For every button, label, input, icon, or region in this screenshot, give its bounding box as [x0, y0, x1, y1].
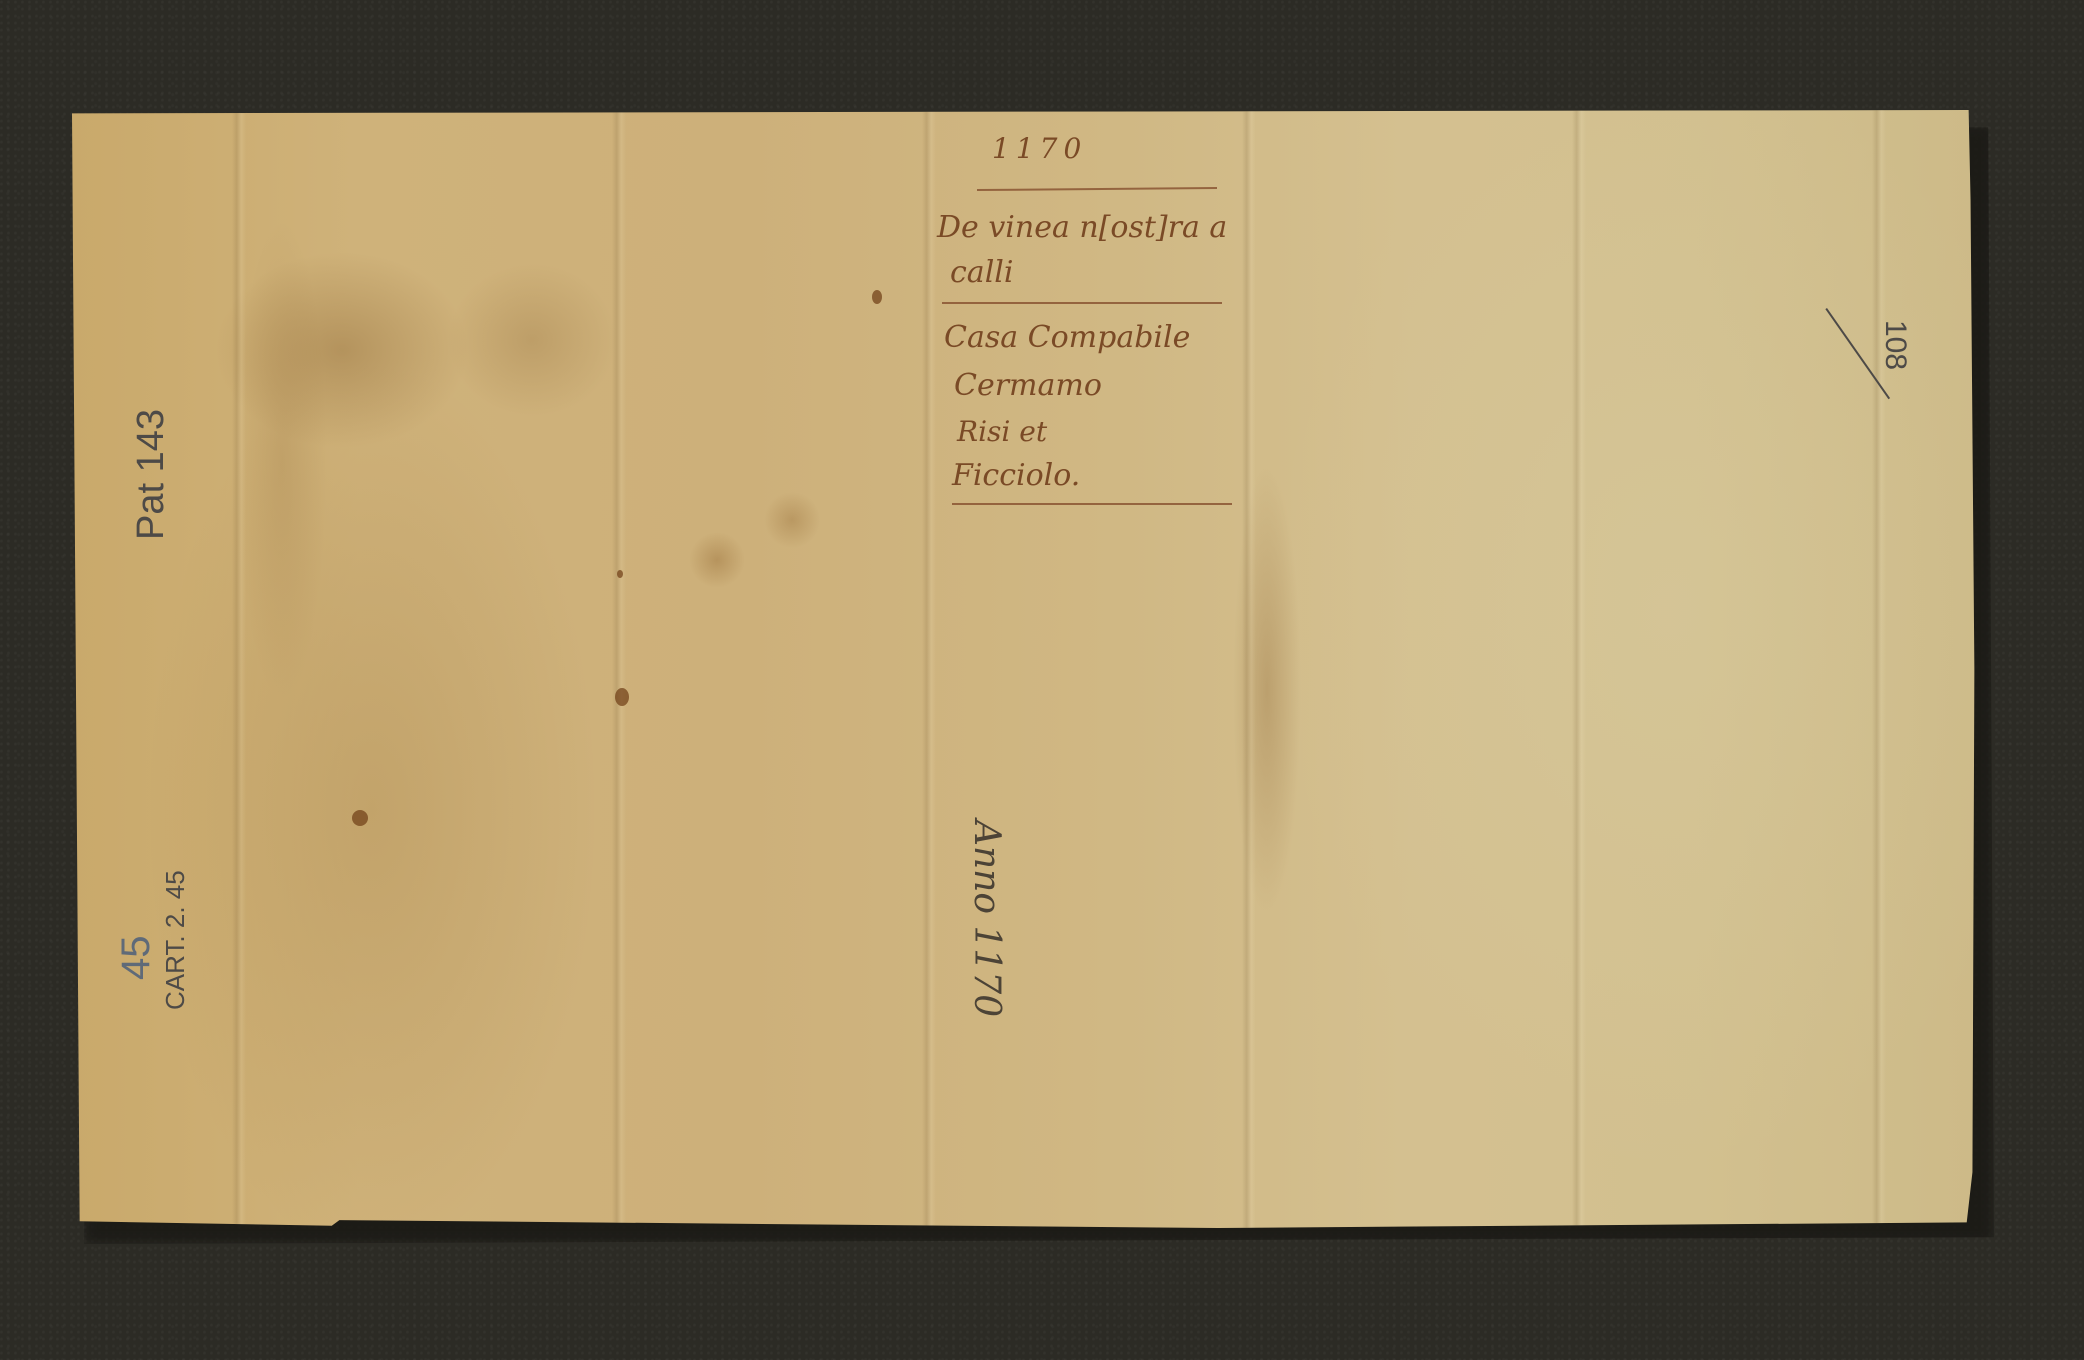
fold-line: [1572, 110, 1586, 1228]
annotation-line-1: De vinea n[ost]ra a: [937, 210, 1227, 245]
annotation-line-6: Ficciolo.: [952, 458, 1080, 493]
ink-rule: [977, 187, 1217, 191]
annotation-line-2: calli: [950, 255, 1013, 290]
fold-line: [1872, 110, 1886, 1228]
ink-rule: [952, 503, 1232, 505]
shelfmark-pencil: Pat 143: [130, 409, 173, 540]
annotation-line-3: Casa Compabile: [944, 320, 1190, 355]
fold-line: [1242, 110, 1256, 1228]
annotation-year: 1170: [992, 132, 1087, 165]
fold-line: [612, 110, 626, 1228]
pencil-number-45: 45: [114, 936, 159, 981]
fold-line: [232, 110, 246, 1228]
rotated-note-anno: Anno 1170: [966, 820, 1007, 1017]
annotation-line-5: Risi et: [957, 415, 1047, 448]
stain-spot: [617, 570, 623, 578]
parchment-sheet: 1170 De vinea n[ost]ra a calli Casa Comp…: [72, 110, 1982, 1228]
fold-line: [922, 110, 936, 1228]
stain-spot: [352, 810, 368, 826]
pencil-number-108: 108: [1878, 320, 1912, 370]
stain-spot: [872, 290, 882, 304]
ink-rule: [942, 302, 1222, 304]
cart-reference: CART. 2. 45: [160, 870, 191, 1010]
annotation-line-4: Cermamo: [954, 368, 1102, 403]
stain-spot: [615, 688, 629, 706]
